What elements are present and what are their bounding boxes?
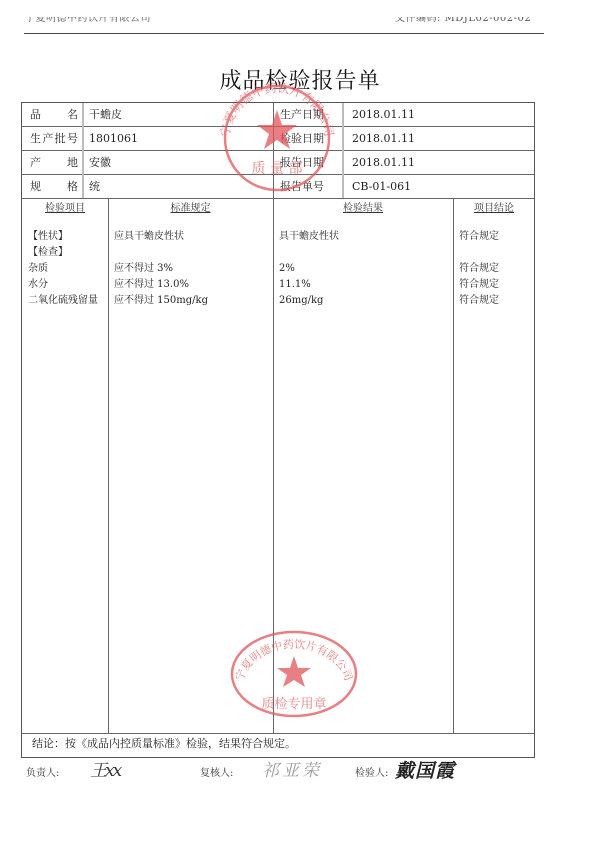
test-conclusion: 符合规定: [459, 277, 499, 293]
test-result: 11.1%: [279, 277, 311, 293]
col-header-item: 检验项目: [22, 199, 108, 214]
test-conclusion: 符合规定: [459, 293, 499, 309]
test-standard: 应不得过 150mg/kg: [114, 293, 208, 309]
test-item: 【性状】: [28, 229, 68, 245]
test-standard: 应具干蟾皮性状: [114, 229, 184, 245]
col-divider: [273, 103, 274, 198]
col-header-standard: 标准规定: [108, 199, 273, 214]
col-header-conclusion: 项目结论: [453, 199, 535, 214]
overall-conclusion: 结论：按《成品内控质量标准》检验，结果符合规定。: [32, 735, 296, 751]
inspector-label: 检验人:: [355, 764, 388, 779]
responsible-label: 负责人:: [26, 764, 59, 779]
document-code: 文件编码: MDJL02-002-02: [395, 17, 531, 24]
col-header-result: 检验结果: [273, 199, 453, 214]
test-result: 2%: [279, 261, 295, 277]
company-header: 宁夏明德中药饮片有限公司: [25, 17, 151, 24]
info-label-text: 产地: [30, 151, 78, 175]
test-item: 【检查】: [28, 245, 68, 261]
info-label2: 报告单号: [280, 175, 324, 199]
info-value2: 2018.01.11: [352, 151, 415, 175]
test-standard: 应不得过 13.0%: [114, 277, 189, 293]
reviewer-signature: 祁亚荣: [262, 756, 322, 781]
info-label2: 检验日期: [280, 127, 324, 151]
info-label-text: 生产批号: [30, 127, 78, 151]
test-item: 二氧化硫残留量: [28, 293, 98, 309]
info-label2: 生产日期: [280, 103, 324, 127]
test-item: 杂质: [28, 261, 48, 277]
info-value2: 2018.01.11: [352, 127, 415, 151]
info-value2: CB-01-061: [352, 175, 411, 199]
test-item: 水分: [28, 277, 48, 293]
info-label: 生产批号: [30, 127, 78, 151]
info-value: 干蟾皮: [89, 103, 122, 127]
test-conclusion: 符合规定: [459, 229, 499, 245]
col-divider: [82, 103, 84, 198]
test-standard: 应不得过 3%: [114, 261, 173, 277]
test-result: 具干蟾皮性状: [279, 229, 339, 245]
col-divider: [342, 103, 344, 198]
info-label-text: 品名: [30, 103, 78, 127]
info-value: 统: [89, 175, 100, 199]
col-divider: [273, 198, 274, 733]
info-label: 品名: [30, 103, 78, 127]
test-conclusion: 符合规定: [459, 261, 499, 277]
info-label: 产地: [30, 151, 78, 175]
responsible-signature: 王xx: [90, 756, 120, 781]
info-value: 1801061: [89, 127, 138, 151]
info-label: 规格: [30, 175, 78, 199]
info-value: 安徽: [89, 151, 111, 175]
info-label-text: 规格: [30, 175, 78, 199]
test-result: 26mg/kg: [279, 293, 323, 309]
info-label2: 报告日期: [280, 151, 324, 175]
col-divider: [453, 198, 454, 733]
col-divider: [108, 198, 109, 733]
header-rule: [24, 33, 544, 34]
info-value2: 2018.01.11: [352, 103, 415, 127]
row-divider: [22, 733, 534, 734]
page-title: 成品检验报告单: [0, 64, 600, 95]
inspector-signature: 戴国霞: [395, 756, 455, 783]
reviewer-label: 复核人:: [200, 764, 233, 779]
inspection-report-table: 品名干蟾皮生产日期2018.01.11生产批号1801061检验日期2018.0…: [21, 102, 535, 758]
